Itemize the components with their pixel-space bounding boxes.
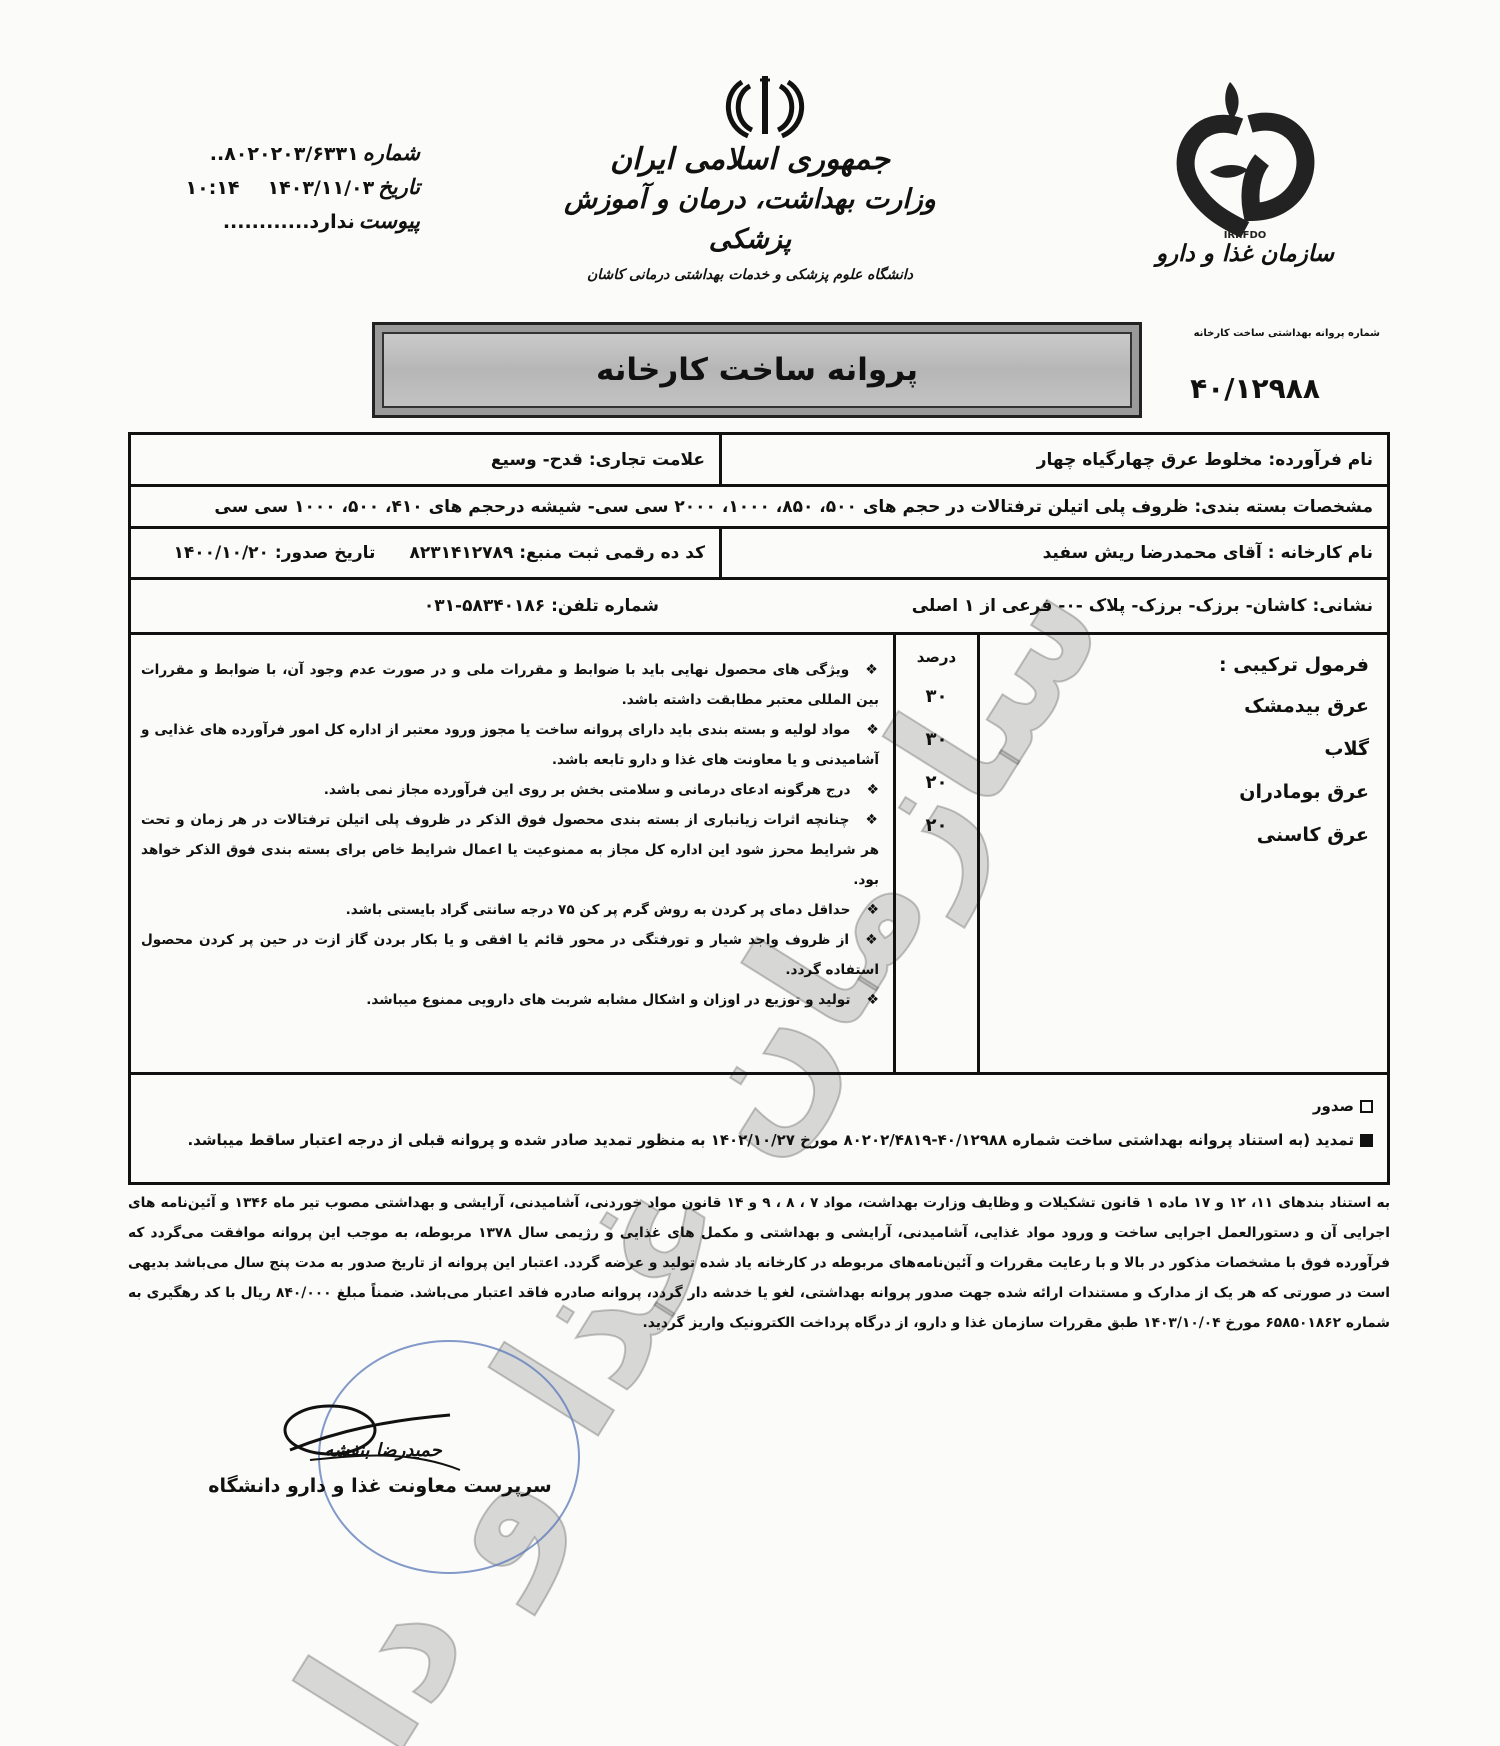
address-row: نشانی: کاشان- برزک- برزک- پلاک -۰- فرعی … xyxy=(128,580,1390,635)
ingredient-percent: ۳۰ xyxy=(896,718,977,761)
phone-label: شماره تلفن: xyxy=(551,596,659,616)
date-label: تاریخ xyxy=(378,174,420,199)
diamond-bullet-icon: ❖ xyxy=(865,812,879,828)
diamond-bullet-icon: ❖ xyxy=(866,722,879,738)
ingredient-name: گلاب xyxy=(998,728,1369,771)
condition-item: ❖از ظروف واجد شیار و تورفتگی در محور قائ… xyxy=(141,925,879,985)
address-label: نشانی: xyxy=(1313,596,1373,616)
issue-date-label: تاریخ صدور: xyxy=(275,543,376,563)
trademark-label: علامت تجاری: xyxy=(589,450,705,470)
trademark: قدح- وسیع xyxy=(491,450,583,470)
condition-item: ❖تولید و توزیع در اوزان و اشکال مشابه شر… xyxy=(141,985,879,1015)
ingredient-name: عرق کاسنی xyxy=(998,814,1369,857)
title-banner: پروانه ساخت کارخانه xyxy=(372,322,1142,418)
factory-name-cell: نام کارخانه : آقای محمدرضا ریش سفید xyxy=(719,529,1387,577)
number-value: ۸۰۲۰۲۰۳/۶۳۳۱.. xyxy=(210,143,359,165)
reference-date: تاریخ ۱۴۰۳/۱۱/۰۳ ۱۰:۱۴ xyxy=(120,174,420,208)
formula-row: فرمول ترکیبی : عرق بیدمشک گلاب عرق بوماد… xyxy=(128,635,1390,1075)
republic-title: جمهوری اسلامی ایران xyxy=(560,140,940,180)
government-header: جمهوری اسلامی ایران وزارت بهداشت، درمان … xyxy=(560,140,940,290)
source-code-label: کد ده رقمی ثبت منبع: xyxy=(519,543,705,563)
packaging: ظروف پلی اتیلن ترفتالات در حجم های ۵۰۰، … xyxy=(214,497,1188,517)
diamond-bullet-icon: ❖ xyxy=(865,932,879,948)
issue-option: صدور xyxy=(145,1089,1373,1123)
formula-title: فرمول ترکیبی : xyxy=(998,645,1369,685)
status-row: صدور تمدید (به استناد پروانه بهداشتی ساخ… xyxy=(128,1075,1390,1185)
ministry-title: وزارت بهداشت، درمان و آموزش پزشکی xyxy=(560,180,940,260)
ingredient-name: عرق بیدمشک xyxy=(998,685,1369,728)
diamond-bullet-icon: ❖ xyxy=(865,662,879,678)
legal-paragraph: به استناد بندهای ۱۱، ۱۲ و ۱۷ ماده ۱ قانو… xyxy=(128,1188,1390,1338)
condition-item: ❖چنانچه اثرات زیانباری از بسته بندی محصو… xyxy=(141,805,879,895)
percent-column: درصد ۳۰ ۳۰ ۲۰ ۲۰ xyxy=(893,635,977,1072)
organization-name: سازمان غذا و دارو xyxy=(1150,240,1340,267)
diamond-bullet-icon: ❖ xyxy=(866,782,879,798)
source-code: ۸۲۳۱۴۱۲۷۸۹ xyxy=(409,543,513,563)
renewal-checkbox xyxy=(1360,1134,1373,1147)
date-value: ۱۴۰۳/۱۱/۰۳ xyxy=(268,177,375,199)
ingredient-percent: ۳۰ xyxy=(896,675,977,718)
product-name: مخلوط عرق چهارگیاه چهار xyxy=(1037,450,1263,470)
address: کاشان- برزک- برزک- پلاک -۰- فرعی از ۱ اص… xyxy=(912,596,1307,616)
packaging-row: مشخصات بسته بندی: ظروف پلی اتیلن ترفتالا… xyxy=(128,487,1390,529)
attachment-label: پیوست xyxy=(359,208,420,233)
phone-cell: شماره تلفن: ۰۳۱-۵۸۳۴۰۱۸۶ xyxy=(131,580,719,632)
percent-header: درصد xyxy=(896,639,977,675)
condition-item: ❖درج هرگونه ادعای درمانی و سلامتی بخش بر… xyxy=(141,775,879,805)
university-title: دانشگاه علوم پزشکی و خدمات بهداشتی درمان… xyxy=(560,260,940,290)
factory-name-label: نام کارخانه : xyxy=(1268,543,1373,563)
renewal-label: تمدید (به استناد پروانه بهداشتی ساخت شما… xyxy=(187,1123,1354,1157)
product-name-cell: نام فرآورده: مخلوط عرق چهارگیاه چهار xyxy=(719,435,1387,484)
packaging-cell: مشخصات بسته بندی: ظروف پلی اتیلن ترفتالا… xyxy=(131,487,1387,526)
ingredient-name: عرق بومادران xyxy=(998,771,1369,814)
signatory-title: سرپرست معاونت غذا و دارو دانشگاه xyxy=(200,1475,560,1497)
ingredient-percent: ۲۰ xyxy=(896,804,977,847)
product-row: نام فرآورده: مخلوط عرق چهارگیاه چهار علا… xyxy=(128,432,1390,487)
issue-checkbox xyxy=(1360,1100,1373,1113)
reference-attachment: پیوست ندارد............ xyxy=(120,208,420,242)
details-table: نام فرآورده: مخلوط عرق چهارگیاه چهار علا… xyxy=(128,432,1390,1185)
renewal-option: تمدید (به استناد پروانه بهداشتی ساخت شما… xyxy=(145,1123,1373,1157)
factory-row: نام کارخانه : آقای محمدرضا ریش سفید کد د… xyxy=(128,529,1390,580)
permit-number: ۴۰/۱۲۹۸۸ xyxy=(1180,372,1330,405)
document-title: پروانه ساخت کارخانه xyxy=(596,352,918,388)
address-cell: نشانی: کاشان- برزک- برزک- پلاک -۰- فرعی … xyxy=(719,580,1387,632)
attachment-value: ندارد............ xyxy=(223,211,355,233)
time-value: ۱۰:۱۴ xyxy=(186,177,240,199)
issue-label: صدور xyxy=(1313,1089,1354,1123)
ingredients-column: فرمول ترکیبی : عرق بیدمشک گلاب عرق بوماد… xyxy=(977,635,1387,1072)
diamond-bullet-icon: ❖ xyxy=(866,902,879,918)
condition-item: ❖مواد لولیه و بسته بندی باید دارای پروان… xyxy=(141,715,879,775)
condition-item: ❖حداقل دمای پر کردن به روش گرم پر کن ۷۵ … xyxy=(141,895,879,925)
trademark-cell: علامت تجاری: قدح- وسیع xyxy=(131,435,719,484)
diamond-bullet-icon: ❖ xyxy=(866,992,879,1008)
condition-item: ❖ویژگی های محصول نهایی باید با ضوابط و م… xyxy=(141,655,879,715)
number-label: شماره xyxy=(363,140,420,165)
packaging-label: مشخصات بسته بندی: xyxy=(1194,497,1373,517)
source-code-cell: کد ده رقمی ثبت منبع: ۸۲۳۱۴۱۲۷۸۹ تاریخ صد… xyxy=(131,529,719,577)
issue-date: ۱۴۰۰/۱۰/۲۰ xyxy=(173,543,268,563)
signatory-name: حمیدرضا بنفشه xyxy=(268,1440,498,1461)
iran-emblem-icon xyxy=(720,72,810,142)
fda-logo-icon: IRI.FDO xyxy=(1170,72,1320,242)
phone: ۰۳۱-۵۸۳۴۰۱۸۶ xyxy=(424,596,545,616)
factory-name: آقای محمدرضا ریش سفید xyxy=(1043,543,1262,563)
reference-block: شماره ۸۰۲۰۲۰۳/۶۳۳۱.. تاریخ ۱۴۰۳/۱۱/۰۳ ۱۰… xyxy=(120,140,420,242)
reference-number: شماره ۸۰۲۰۲۰۳/۶۳۳۱.. xyxy=(120,140,420,174)
ingredient-percent: ۲۰ xyxy=(896,761,977,804)
conditions-column: ❖ویژگی های محصول نهایی باید با ضوابط و م… xyxy=(131,635,893,1072)
product-name-label: نام فرآورده: xyxy=(1268,450,1373,470)
permit-number-label: شماره پروانه بهداشتی ساخت کارخانه xyxy=(1180,328,1380,339)
